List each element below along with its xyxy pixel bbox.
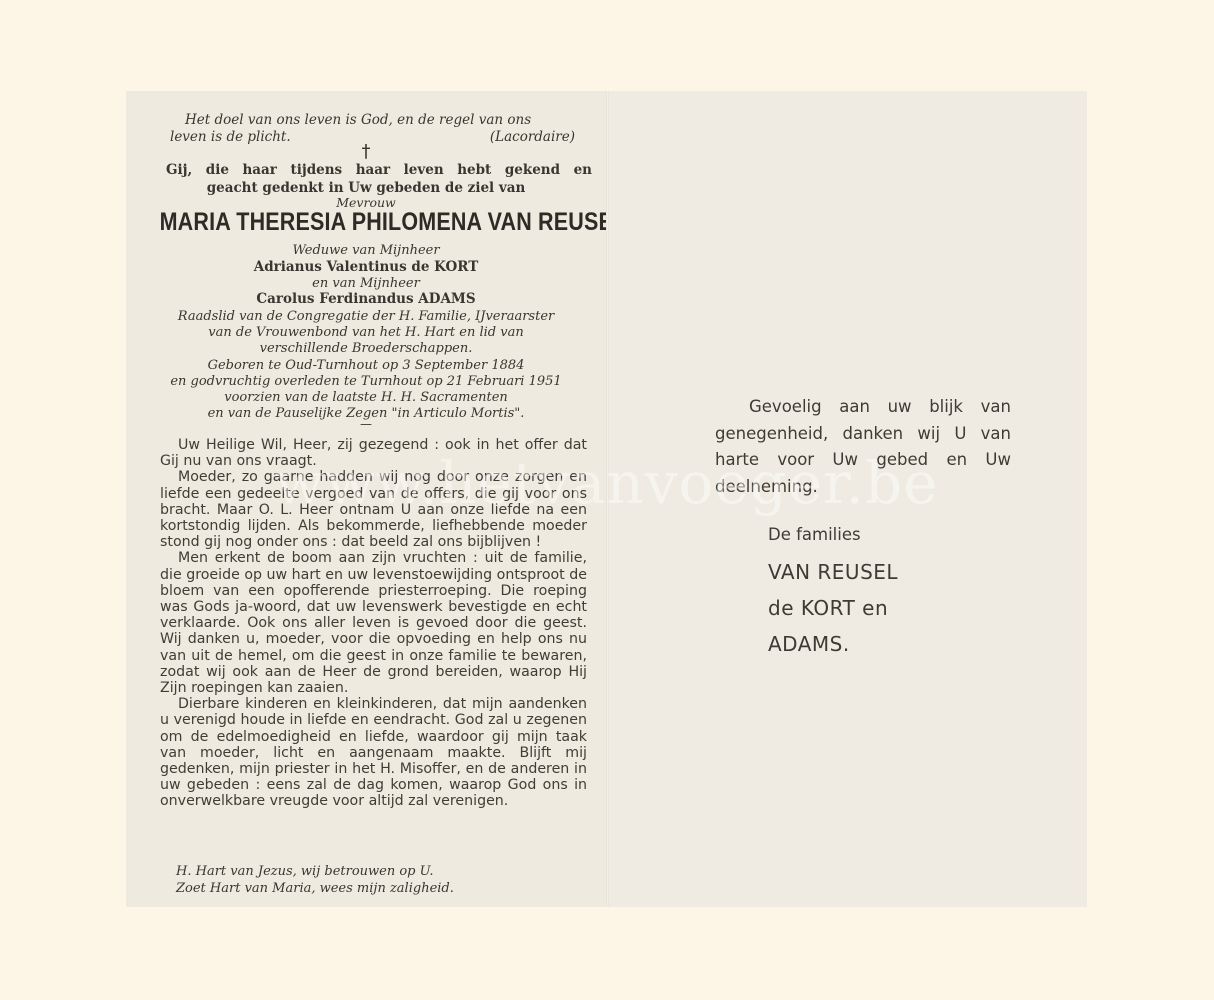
sacraments-line-1: voorzien van de laatste H. H. Sacramente… [126, 390, 606, 405]
cross-icon: † [126, 141, 606, 162]
deceased-name: MARIA THERESIA PHILOMENA VAN REUSEL [160, 208, 573, 237]
death-line: en godvruchtig overleden te Turnhout op … [126, 374, 606, 389]
card-right-panel: Gevoelig aan uw blijk van genegenheid, d… [609, 91, 1087, 907]
thanks-text: Gevoelig aan uw blijk van genegenheid, d… [715, 394, 1011, 500]
thanks-text-content: Gevoelig aan uw blijk van genegenheid, d… [715, 397, 1011, 496]
message-body: Uw Heilige Wil, Heer, zij gezegend : ook… [160, 437, 587, 810]
intro-line-1: Gij, die haar tijdens haar leven hebt ge… [166, 161, 592, 179]
roles-line-1: Raadslid van de Congregatie der H. Famil… [126, 309, 606, 324]
roles-line-2: van de Vrouwenbond van het H. Hart en li… [126, 325, 606, 340]
paragraph-4: Dierbare kinderen en kleinkinderen, dat … [160, 696, 587, 809]
family-name-1: VAN REUSEL [768, 560, 898, 584]
prayer-1: H. Hart van Jezus, wij betrouwen op U. [176, 863, 434, 880]
roles-line-3: verschillende Broederschappen. [126, 341, 606, 356]
card-left-panel: Het doel van ons leven is God, en de reg… [126, 91, 606, 907]
families-label: De families [768, 525, 861, 544]
paragraph-1: Uw Heilige Wil, Heer, zij gezegend : ook… [160, 437, 587, 469]
motto-line-1: Het doel van ons leven is God, en de reg… [185, 112, 531, 129]
widow-of-line-1: Weduwe van Mijnheer [126, 243, 606, 258]
paragraph-3: Men erkent de boom aan zijn vruchten : u… [160, 550, 587, 696]
widow-of-line-2: en van Mijnheer [126, 276, 606, 291]
birth-line: Geboren te Oud-Turnhout op 3 September 1… [126, 358, 606, 373]
paragraph-2: Moeder, zo gaarne hadden wij nog door on… [160, 469, 587, 550]
memorial-card: Het doel van ons leven is God, en de reg… [126, 91, 1087, 907]
husband-2-name: Carolus Ferdinandus ADAMS [126, 291, 606, 307]
prayer-2: Zoet Hart van Maria, wees mijn zaligheid… [176, 880, 454, 897]
separator: — [126, 417, 606, 431]
husband-1-name: Adrianus Valentinus de KORT [126, 259, 606, 275]
family-name-2: de KORT en [768, 596, 888, 620]
family-name-3: ADAMS. [768, 632, 850, 656]
